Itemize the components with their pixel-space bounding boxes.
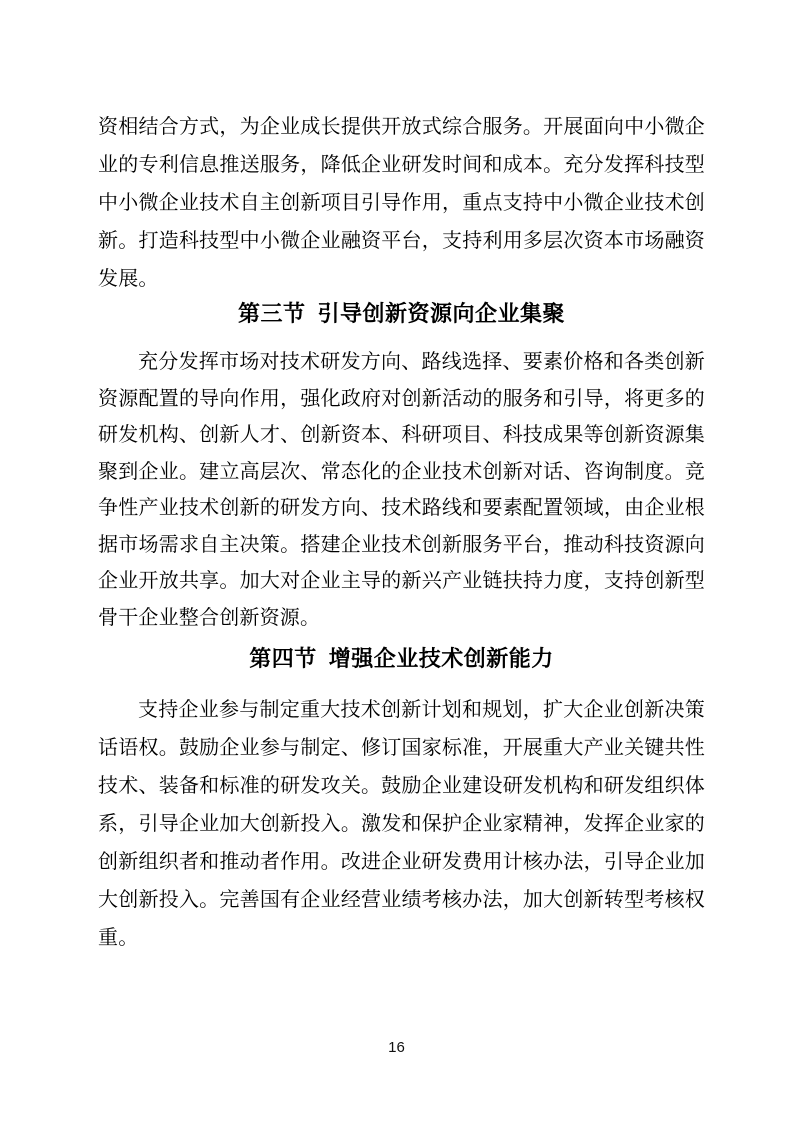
document-page: 资相结合方式，为企业成长提供开放式综合服务。开展面向中小微企业的专利信息推送服务… bbox=[0, 0, 793, 1122]
section3-paragraph: 充分发挥市场对技术研发方向、路线选择、要素价格和各类创新资源配置的导向作用，强化… bbox=[98, 344, 705, 636]
paragraph-continuation: 资相结合方式，为企业成长提供开放式综合服务。开展面向中小微企业的专利信息推送服务… bbox=[98, 108, 705, 298]
section4-heading: 第四节增强企业技术创新能力 bbox=[98, 643, 705, 675]
page-number: 16 bbox=[0, 1038, 793, 1058]
section4-heading-title: 增强企业技术创新能力 bbox=[329, 646, 554, 671]
section4-paragraph: 支持企业参与制定重大技术创新计划和规划，扩大企业创新决策话语权。鼓励企业参与制定… bbox=[98, 691, 705, 957]
section3-heading-label: 第三节 bbox=[238, 301, 306, 326]
section3-heading-title: 引导创新资源向企业集聚 bbox=[318, 301, 566, 326]
section3-heading: 第三节引导创新资源向企业集聚 bbox=[98, 298, 705, 330]
section4-heading-label: 第四节 bbox=[249, 646, 317, 671]
text-block: 资相结合方式，为企业成长提供开放式综合服务。开展面向中小微企业的专利信息推送服务… bbox=[98, 108, 705, 957]
